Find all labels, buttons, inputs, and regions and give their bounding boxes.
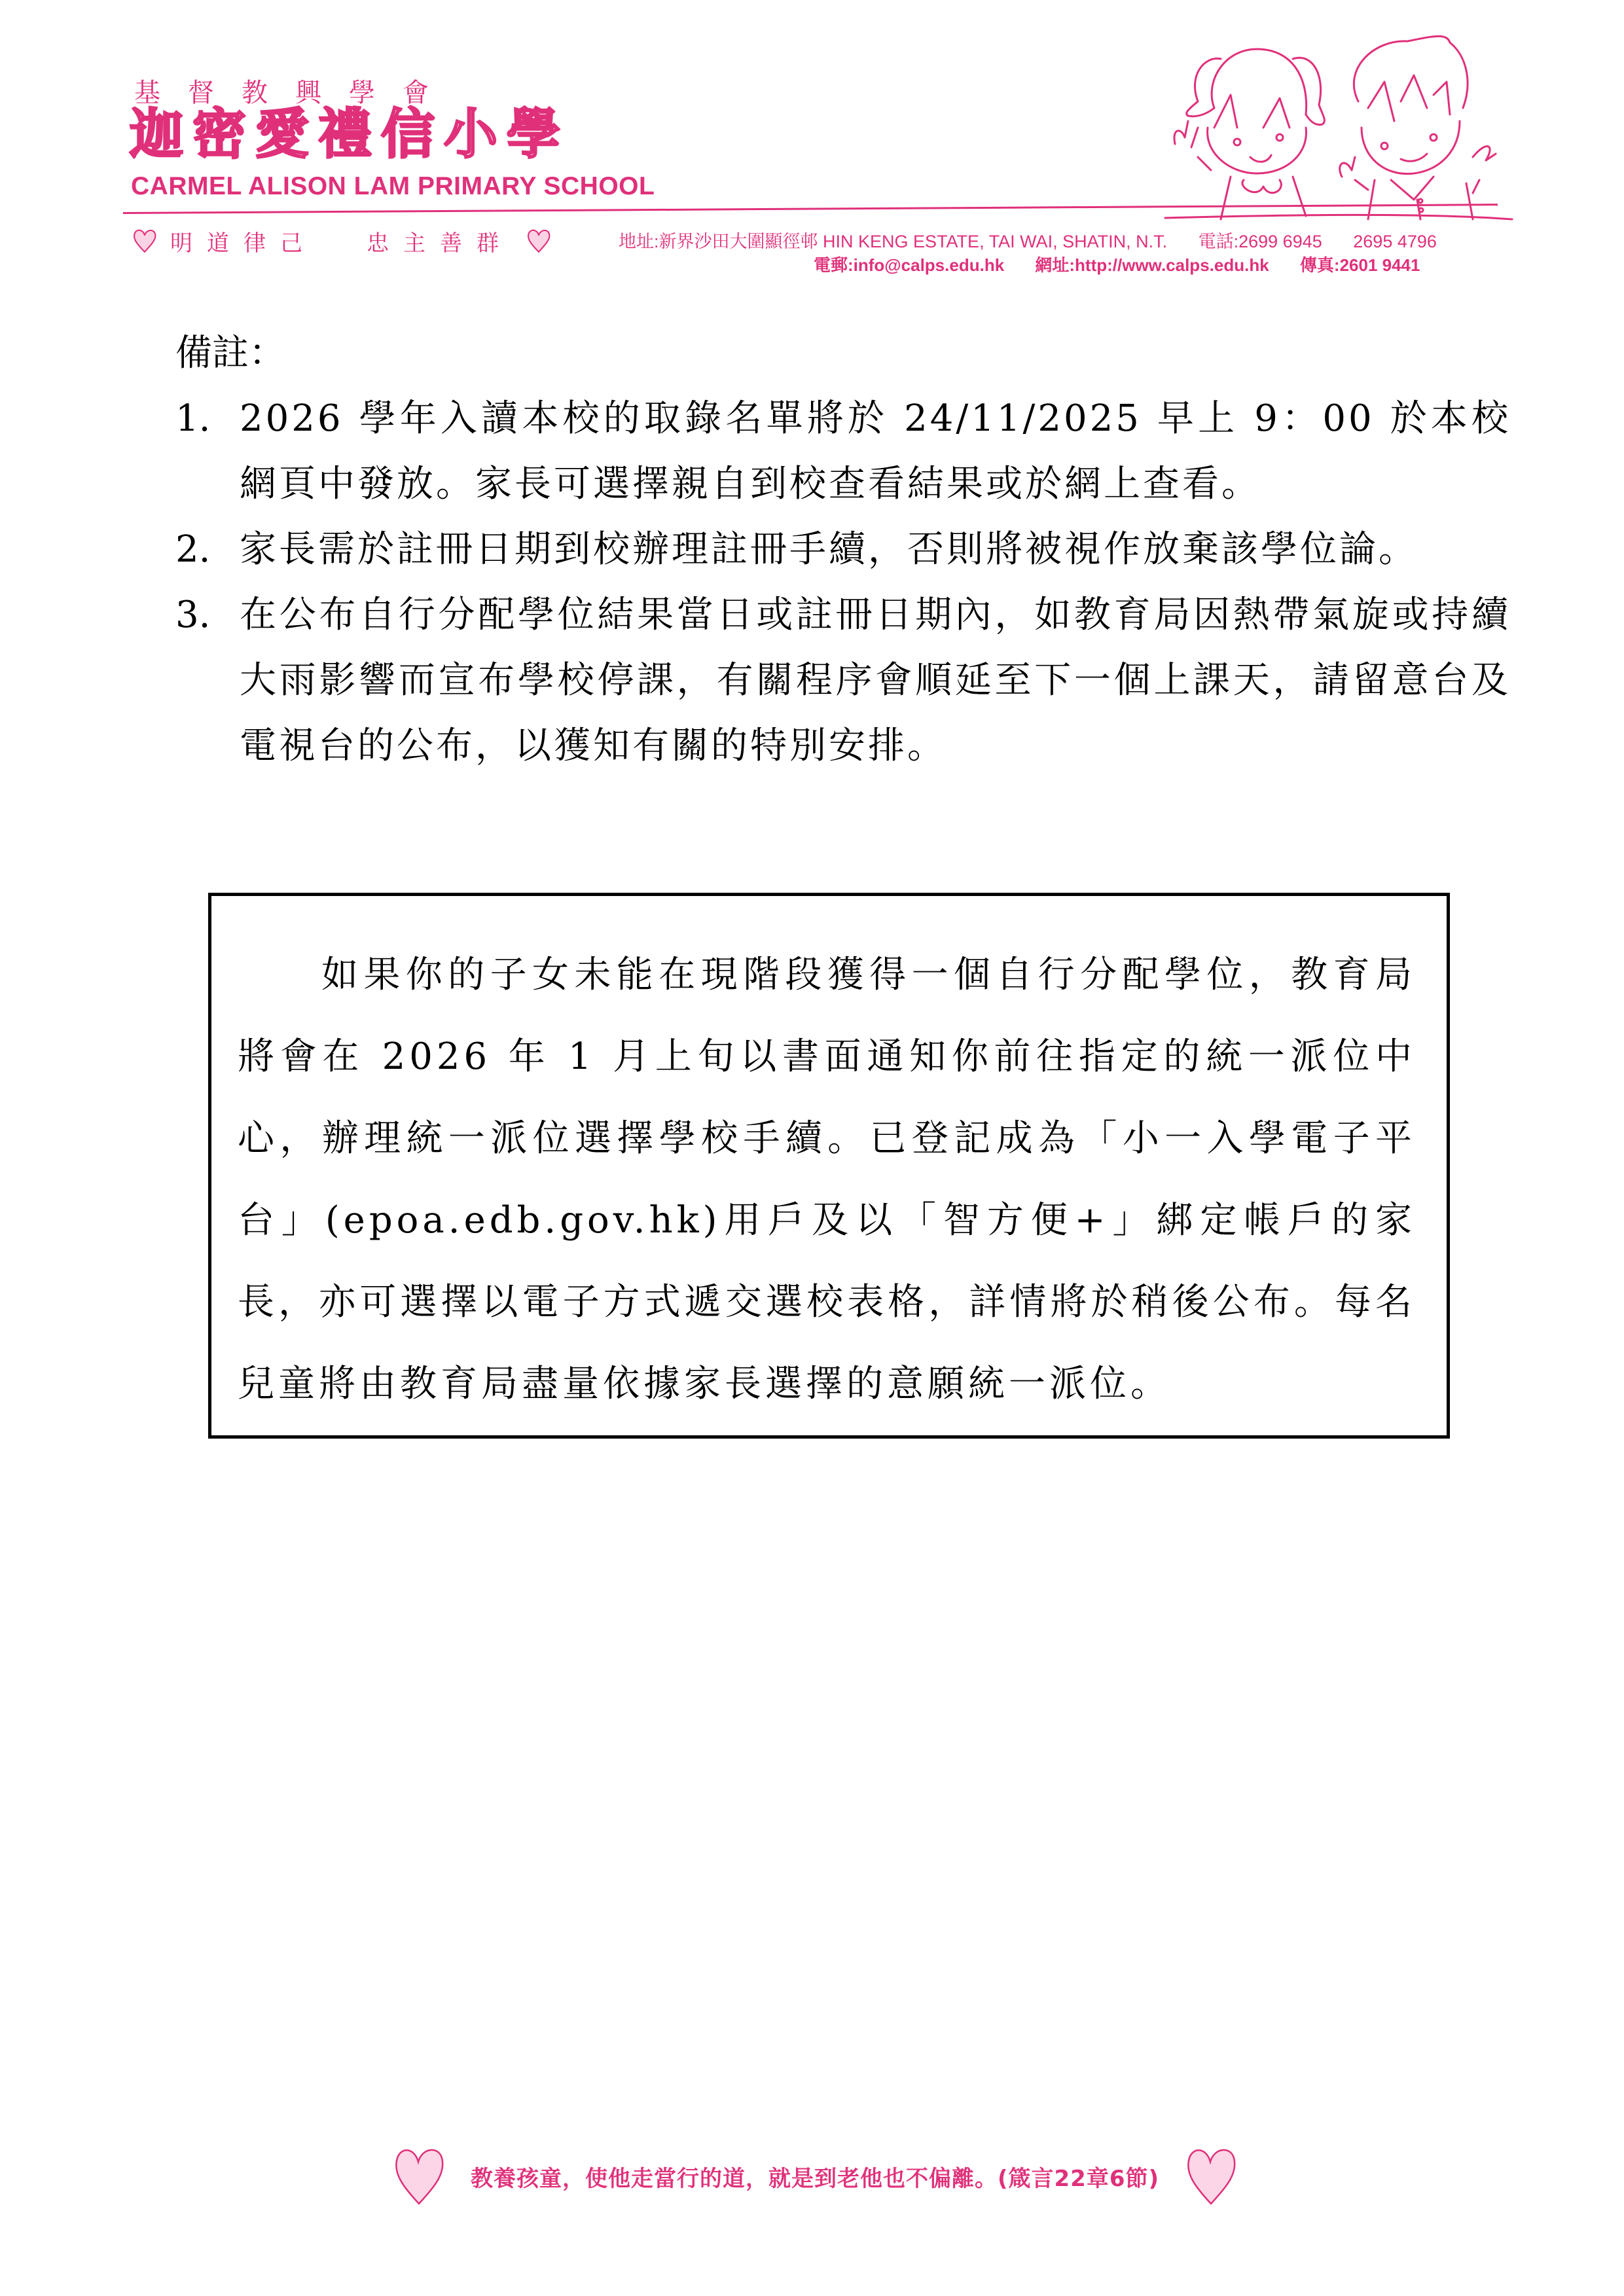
bible-verse: 教養孩童，使他走當行的道，就是到老他也不偏離。(箴言22章6節) — [471, 2161, 1159, 2193]
note-item: 2. 家長需於註冊日期到校辦理註冊手續，否則將被視作放棄該學位論。 — [175, 517, 1511, 583]
phone-2: 2695 4796 — [1353, 232, 1437, 251]
note-item: 1. 2026 學年入讀本校的取錄名單將於 24/11/2025 早上 9：00… — [175, 386, 1511, 517]
note-number: 1. — [175, 386, 240, 517]
note-item: 3. 在公布自行分配學位結果當日或註冊日期內，如教育局因熱帶氣旋或持續大雨影響而… — [175, 583, 1511, 779]
note-text: 2026 學年入讀本校的取錄名單將於 24/11/2025 早上 9：00 於本… — [240, 386, 1511, 517]
note-number: 2. — [175, 517, 240, 583]
heart-icon — [389, 2144, 448, 2209]
email[interactable]: 電郵:info@calps.edu.hk — [814, 255, 1004, 275]
notice-text: 如果你的子女未能在現階段獲得一個自行分配學位，教育局將會在 2026 年 1 月… — [238, 934, 1416, 1425]
website[interactable]: 網址:http://www.calps.edu.hk — [1035, 255, 1269, 275]
heart-icon — [131, 227, 158, 255]
footer-verse: 教養孩童，使他走當行的道，就是到老他也不偏離。(箴言22章6節) — [389, 2140, 1240, 2212]
school-name-zh: 迦密愛禮信小學 — [130, 108, 569, 162]
heart-icon — [1182, 2144, 1240, 2209]
note-text: 家長需於註冊日期到校辦理註冊手續，否則將被視作放棄該學位論。 — [240, 517, 1511, 583]
notes-section: 備註： 1. 2026 學年入讀本校的取錄名單將於 24/11/2025 早上 … — [175, 321, 1511, 779]
fax: 傳真:2601 9441 — [1300, 255, 1420, 275]
children-illustration — [1159, 29, 1525, 226]
note-text: 在公布自行分配學位結果當日或註冊日期內，如教育局因熱帶氣旋或持續大雨影響而宣布學… — [240, 583, 1511, 779]
contact-line-web: 電郵:info@calps.edu.hk 網址:http://www.calps… — [814, 252, 1420, 276]
notes-title: 備註： — [175, 321, 1511, 386]
address-en: HIN KENG ESTATE, TAI WAI, SHATIN, N.T. — [823, 232, 1167, 251]
school-motto: 明道律己 忠主善群 — [131, 224, 552, 257]
school-name-en: CARMEL ALISON LAM PRIMARY SCHOOL — [131, 172, 655, 201]
heart-icon — [525, 227, 552, 255]
address-zh: 地址:新界沙田大圍顯徑邨 — [619, 232, 818, 251]
motto-left: 明道律己 — [170, 225, 317, 257]
motto-right: 忠主善群 — [367, 225, 513, 257]
phone: 電話:2699 6945 — [1199, 232, 1322, 251]
note-number: 3. — [175, 583, 240, 779]
contact-line-address: 地址:新界沙田大圍顯徑邨 HIN KENG ESTATE, TAI WAI, S… — [619, 227, 1437, 253]
central-allocation-notice: 如果你的子女未能在現階段獲得一個自行分配學位，教育局將會在 2026 年 1 月… — [208, 893, 1450, 1439]
